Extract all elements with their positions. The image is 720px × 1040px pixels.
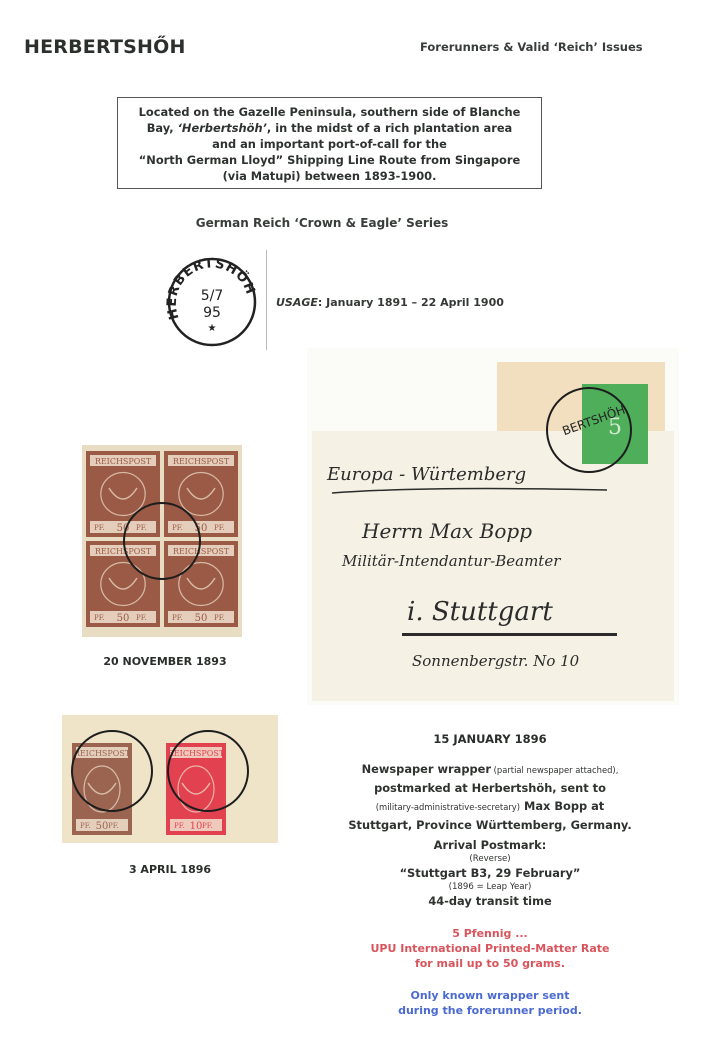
svg-text:Herrn Max Bopp: Herrn Max Bopp — [361, 519, 532, 543]
svg-text:PF.: PF. — [174, 822, 185, 830]
divider — [266, 250, 267, 350]
svg-text:50: 50 — [195, 613, 208, 624]
intro-box: Located on the Gazelle Peninsula, southe… — [117, 97, 542, 189]
page-subtitle: Forerunners & Valid ‘Reich’ Issues — [420, 40, 643, 54]
svg-text:PF.: PF. — [172, 524, 183, 532]
intro-line: (via Matupi) between 1893-1900. — [118, 168, 541, 184]
svg-text:REICHSPOST: REICHSPOST — [95, 457, 152, 466]
stamp-block-of-four-image: REICHSPOSTPF.PF.50REICHSPOSTPF.PF.50REIC… — [82, 445, 242, 637]
arrival-postmark-description: Arrival Postmark: (Reverse) “Stuttgart B… — [330, 838, 650, 909]
svg-text:REICHSPOST: REICHSPOST — [95, 547, 152, 556]
svg-text:PF.: PF. — [136, 614, 147, 622]
svg-text:REICHSPOST: REICHSPOST — [173, 457, 230, 466]
svg-text:95: 95 — [203, 305, 221, 321]
rate-note: 5 Pfennig ... UPU International Printed-… — [330, 926, 650, 971]
stamp-pair-on-piece-image: REICHSPOSTPF.PF.50REICHSPOSTPF.PF.10 — [62, 715, 278, 843]
usage-text: USAGE: January 1891 – 22 April 1900 — [276, 296, 504, 309]
svg-text:PF.: PF. — [108, 822, 119, 830]
svg-text:PF.: PF. — [80, 822, 91, 830]
svg-text:10: 10 — [190, 821, 203, 832]
svg-text:PF.: PF. — [94, 614, 105, 622]
svg-text:i. Stuttgart: i. Stuttgart — [407, 597, 553, 627]
wrapper-caption: 15 JANUARY 1896 — [340, 732, 640, 746]
svg-text:PF.: PF. — [214, 524, 225, 532]
svg-text:PF.: PF. — [214, 614, 225, 622]
svg-text:REICHSPOST: REICHSPOST — [168, 749, 225, 758]
intro-line: and an important port-of-call for the — [118, 136, 541, 152]
page-title: HERBERTSHŐH — [24, 36, 186, 58]
series-title: German Reich ‘Crown & Eagle’ Series — [150, 216, 494, 230]
pair-caption: 3 APRIL 1896 — [60, 863, 280, 876]
svg-text:PF.: PF. — [136, 524, 147, 532]
newspaper-wrapper-image: 5BERTSHÖHEuropa - WürtembergHerrn Max Bo… — [307, 348, 679, 705]
svg-text:PF.: PF. — [94, 524, 105, 532]
svg-text:50: 50 — [96, 821, 109, 832]
intro-line: “North German Lloyd” Shipping Line Route… — [118, 152, 541, 168]
cancel-postmark-image: HERBERTSHÖH 5/7 95 ★ — [166, 256, 258, 348]
wrapper-description: Newspaper wrapper (partial newspaper att… — [330, 760, 650, 834]
svg-text:Militär-Intendantur-Beamter: Militär-Intendantur-Beamter — [341, 552, 561, 570]
intro-line: Located on the Gazelle Peninsula, southe… — [118, 104, 541, 120]
svg-text:REICHSPOST: REICHSPOST — [173, 547, 230, 556]
intro-line: Bay, ‘Herbertshöh’, in the midst of a ri… — [118, 120, 541, 136]
svg-text:Europa - Würtemberg: Europa - Würtemberg — [326, 464, 526, 485]
block-caption: 20 NOVEMBER 1893 — [60, 655, 270, 668]
svg-text:PF.: PF. — [172, 614, 183, 622]
svg-text:Sonnenbergstr. No 10: Sonnenbergstr. No 10 — [412, 652, 580, 670]
svg-text:5/7: 5/7 — [201, 288, 224, 304]
svg-text:REICHSPOST: REICHSPOST — [74, 749, 131, 758]
svg-text:50: 50 — [117, 613, 130, 624]
svg-text:★: ★ — [208, 323, 217, 334]
rarity-note: Only known wrapper sent during the forer… — [330, 988, 650, 1018]
svg-text:PF.: PF. — [202, 822, 213, 830]
